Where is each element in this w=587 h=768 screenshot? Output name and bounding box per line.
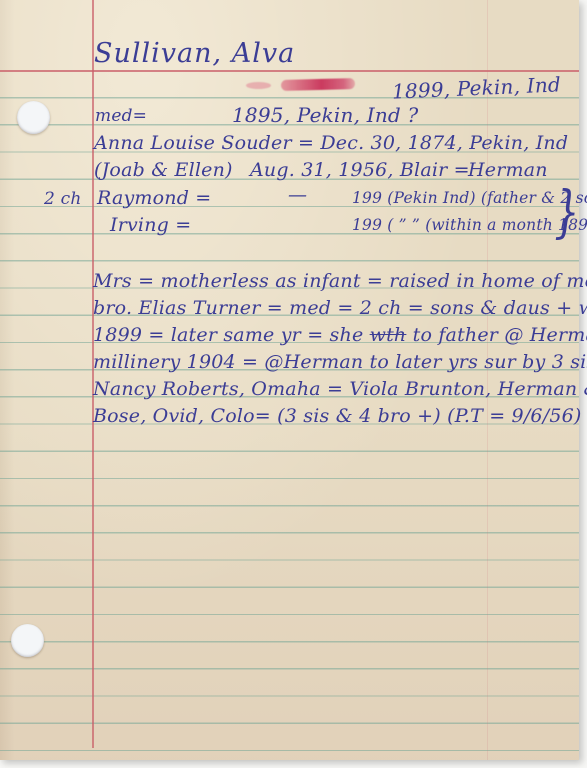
- punch-hole-bottom: [11, 624, 44, 657]
- spouse-death: Aug. 31, 1956, Blair =: [250, 159, 470, 181]
- note-line-pre: 1899 = later same yr = she: [93, 324, 370, 346]
- child-info: 199 ( ” ” (within a month 1899): [352, 216, 587, 234]
- spouse-parents: (Joab & Ellen): [94, 159, 233, 181]
- notebook-paper: Sullivan, Alva 1899, Pekin, Ind med= 189…: [0, 0, 579, 760]
- spouse-line: Anna Louise Souder = Dec. 30, 1874, Peki…: [94, 132, 568, 154]
- spouse-death-place: Herman: [468, 159, 548, 181]
- child-info: 199 (Pekin Ind) (father & 2 sons +: [352, 189, 587, 207]
- med-label: med=: [95, 106, 147, 126]
- children-count: 2 ch: [44, 189, 82, 209]
- punch-hole-top: [17, 101, 50, 134]
- child-dash: —: [288, 184, 307, 206]
- med-value: 1895, Pekin, Ind ?: [232, 103, 418, 127]
- page-title: Sullivan, Alva: [94, 38, 295, 69]
- note-line: bro. Elias Turner = med = 2 ch = sons & …: [93, 297, 587, 319]
- child-name: Irving =: [110, 214, 191, 236]
- note-line: millinery 1904 = @Herman to later yrs su…: [93, 351, 587, 373]
- ink-smudge-large: [281, 78, 355, 91]
- note-line: Bose, Ovid, Colo= (3 sis & 4 bro +) (P.T…: [93, 405, 582, 427]
- note-line: Nancy Roberts, Omaha = Viola Brunton, He…: [93, 378, 587, 400]
- children-brace: }: [554, 180, 579, 245]
- note-line-post: to father @ Herman = began: [406, 324, 587, 346]
- child-name: Raymond =: [97, 187, 211, 209]
- struck-word: wth: [370, 324, 407, 346]
- header-rule-line: [0, 70, 579, 72]
- note-line: Mrs = motherless as infant = raised in h…: [93, 270, 587, 292]
- note-line: 1899 = later same yr = she wth to father…: [93, 324, 587, 346]
- margin-line: [92, 0, 94, 748]
- ink-smudge-small: [246, 82, 271, 89]
